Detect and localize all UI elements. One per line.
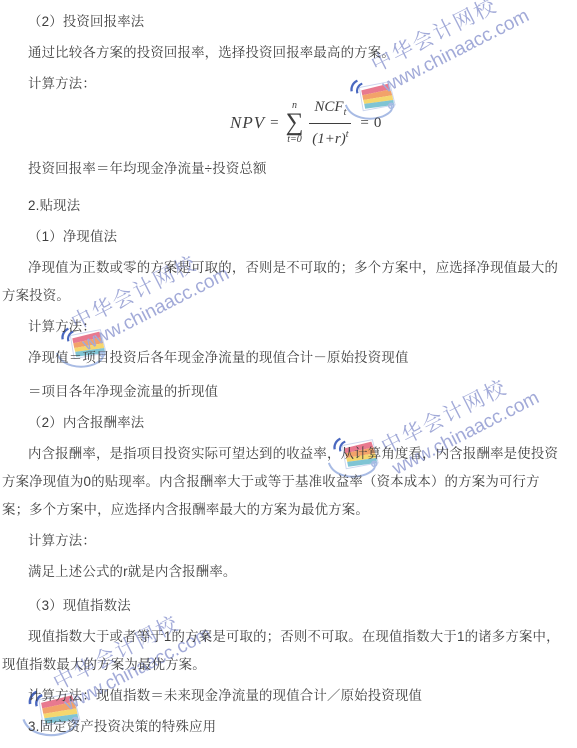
text-line: 净现值为正数或零的方案是可取的，否则是不可取的；多个方案中，应选择净现值最大的 [2, 254, 575, 282]
paragraph: 净现值＝项目投资后各年现金净流量的现值合计－原始投资现值 [2, 344, 575, 372]
paragraph: （1）净现值法 [2, 223, 575, 251]
text-line: 满足上述公式的r就是内含报酬率。 [2, 558, 575, 586]
formula-rhs: 0 [374, 115, 382, 132]
text-line: ＝项目各年净现金流量的折现值 [2, 378, 575, 406]
text-line: 净现值＝项目投资后各年现金净流量的现值合计－原始投资现值 [2, 344, 575, 372]
paragraph: 3.固定资产投资决策的特殊应用 [2, 713, 575, 741]
formula-lhs: NPV [230, 113, 265, 133]
paragraph: 2.贴现法 [2, 192, 575, 220]
paragraph: 通过比较各方案的投资回报率，选择投资回报率最高的方案。 [2, 39, 575, 67]
text-line: 案；多个方案中，应选择内含报酬率最大的方案为最优方案。 [2, 496, 575, 524]
section-heading: （2）投资回报率法 [2, 8, 575, 36]
summation: n ∑ t=0 [286, 101, 304, 145]
section-heading: 2.贴现法 [2, 192, 575, 220]
document-body: （2）投资回报率法 通过比较各方案的投资回报率，选择投资回报率最高的方案。 计算… [2, 8, 575, 741]
fraction: NCFt (1+r)t [309, 99, 351, 148]
npv-formula: NPV = n ∑ t=0 NCFt (1+r)t = 0 [2, 97, 575, 149]
text-line: 方案净现值为0的贴现率。内含报酬率大于或等于基准收益率（资本成本）的方案为可行方 [2, 468, 575, 496]
paragraph: （2）投资回报率法 [2, 8, 575, 36]
text-line: 现值指数大于或者等于1的方案是可取的；否则不可取。在现值指数大于1的诸多方案中， [2, 623, 575, 651]
denominator-exponent: t [346, 129, 349, 140]
text-line: 现值指数最大的方案为最优方案。 [2, 651, 575, 679]
paragraph: 计算方法：现值指数＝未来现金净流量的现值合计／原始投资现值 [2, 682, 575, 710]
paragraph: （3）现值指数法 [2, 592, 575, 620]
paragraph: 计算方法： [2, 70, 575, 98]
section-heading: 3.固定资产投资决策的特殊应用 [2, 713, 575, 741]
paragraph: 内含报酬率，是指项目投资实际可望达到的收益率，从计算角度看，内含报酬率是使投资 … [2, 440, 575, 524]
sum-lower-limit: t=0 [287, 135, 302, 145]
fraction-denominator: (1+r)t [312, 124, 348, 148]
paragraph: ＝项目各年净现金流量的折现值 [2, 378, 575, 406]
text-line: 计算方法：现值指数＝未来现金净流量的现值合计／原始投资现值 [2, 682, 575, 710]
sigma-symbol: ∑ [286, 111, 304, 135]
text-line: 通过比较各方案的投资回报率，选择投资回报率最高的方案。 [2, 39, 575, 67]
text-line: 投资回报率＝年均现金净流量÷投资总额 [2, 155, 575, 183]
section-heading: （3）现值指数法 [2, 592, 575, 620]
paragraph: 计算方法： [2, 527, 575, 555]
text-line: 计算方法： [2, 527, 575, 555]
paragraph: 满足上述公式的r就是内含报酬率。 [2, 558, 575, 586]
text-line: 内含报酬率，是指项目投资实际可望达到的收益率，从计算角度看，内含报酬率是使投资 [2, 440, 575, 468]
formula-equals: = [360, 115, 368, 132]
paragraph: 投资回报率＝年均现金净流量÷投资总额 [2, 155, 575, 183]
text-line: 计算方法： [2, 313, 575, 341]
numerator-subscript: t [344, 107, 347, 118]
paragraph: 现值指数大于或者等于1的方案是可取的；否则不可取。在现值指数大于1的诸多方案中，… [2, 623, 575, 679]
text-line: 计算方法： [2, 70, 575, 98]
formula-equals: = [270, 115, 278, 132]
section-heading: （2）内含报酬率法 [2, 409, 575, 437]
section-heading: （1）净现值法 [2, 223, 575, 251]
fraction-numerator: NCFt [309, 99, 351, 124]
paragraph: 净现值为正数或零的方案是可取的，否则是不可取的；多个方案中，应选择净现值最大的 … [2, 254, 575, 310]
paragraph: （2）内含报酬率法 [2, 409, 575, 437]
text-line: 方案投资。 [2, 282, 575, 310]
paragraph: 计算方法： [2, 313, 575, 341]
